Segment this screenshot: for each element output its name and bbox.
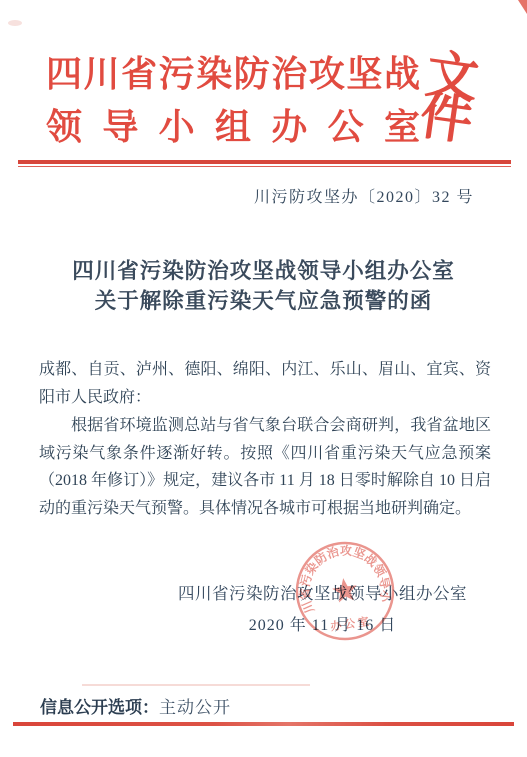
disclosure-value: 主动公开	[159, 698, 231, 717]
letterhead-org-line2: 领导小组办公室	[46, 104, 420, 150]
footer-rule	[13, 722, 514, 726]
seal-ring-text: 四川省污染防治攻坚战领导小组	[285, 531, 395, 618]
document-body: 成都、自贡、泸州、德阳、绵阳、内江、乐山、眉山、宜宾、资阳市人民政府： 根据省环…	[39, 356, 491, 523]
letterhead-org-line1: 四川省污染防治攻坚战	[46, 44, 420, 104]
scan-smudge	[8, 20, 22, 26]
seal-bottom-text: 办 公 室	[330, 614, 370, 633]
letterhead-doc-mark: 文件	[408, 44, 479, 136]
document-title-line1: 四川省污染防治攻坚战领导小组办公室	[0, 256, 527, 286]
disclosure-note: 信息公开选项：主动公开	[40, 693, 231, 718]
letterhead-rule-thin	[18, 166, 511, 167]
scan-corner-mark	[518, 0, 527, 14]
letterhead: 四川省污染防治攻坚战 领导小组办公室	[46, 44, 420, 150]
recipients-line: 成都、自贡、泸州、德阳、绵阳、内江、乐山、眉山、宜宾、资阳市人民政府：	[39, 356, 491, 411]
seal-star-icon	[331, 576, 359, 603]
disclosure-label: 信息公开选项：	[40, 698, 159, 717]
document-page: 四川省污染防治攻坚战 领导小组办公室 文件 川污防攻坚办〔2020〕32 号 四…	[0, 0, 527, 757]
scan-faint-line	[82, 684, 310, 686]
document-number: 川污防攻坚办〔2020〕32 号	[254, 184, 474, 207]
letterhead-rule	[18, 160, 511, 167]
official-seal: 四川省污染防治攻坚战领导小组 办 公 室	[285, 531, 405, 651]
document-title-line2: 关于解除重污染天气应急预警的函	[0, 286, 527, 316]
letterhead-rule-thick	[18, 160, 511, 164]
document-title: 四川省污染防治攻坚战领导小组办公室 关于解除重污染天气应急预警的函	[0, 256, 527, 316]
body-paragraph: 根据省环境监测总站与省气象台联合会商研判，我省盆地区域污染气象条件逐渐好转。按照…	[39, 412, 491, 522]
seal-ring-text-holder: 四川省污染防治攻坚战领导小组	[285, 531, 395, 618]
